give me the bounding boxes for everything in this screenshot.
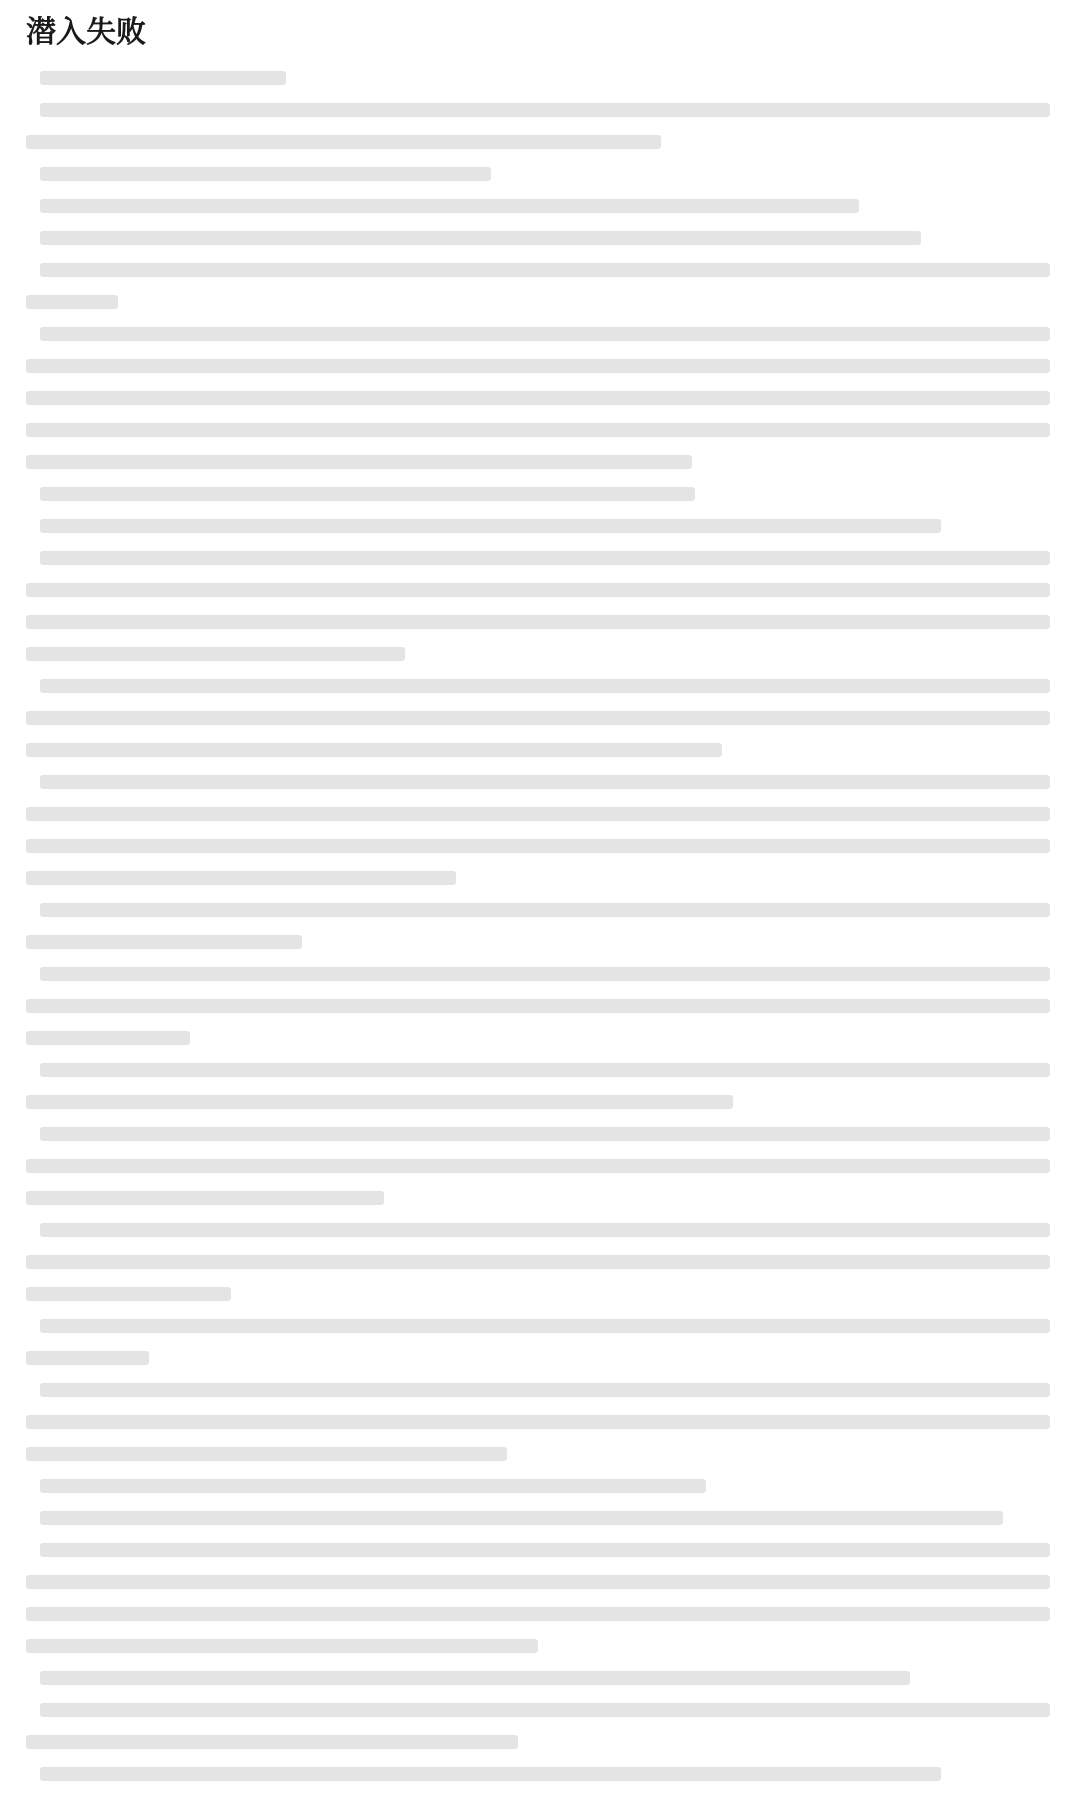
paragraph bbox=[26, 510, 1050, 542]
paragraph bbox=[26, 318, 1050, 478]
text-placeholder bbox=[26, 1415, 1050, 1429]
paragraph bbox=[26, 1118, 1050, 1214]
text-placeholder bbox=[40, 231, 921, 245]
text-placeholder bbox=[26, 135, 661, 149]
text-placeholder bbox=[40, 1383, 1050, 1397]
text-line bbox=[26, 1118, 1050, 1150]
document-page: 潜入失败 bbox=[0, 0, 1076, 1790]
text-line bbox=[26, 158, 1050, 190]
text-placeholder bbox=[40, 71, 286, 85]
paragraph bbox=[26, 1758, 1050, 1790]
text-placeholder bbox=[26, 1447, 507, 1461]
paragraph bbox=[26, 1534, 1050, 1662]
document-title: 潜入失败 bbox=[26, 10, 1050, 56]
paragraph bbox=[26, 1694, 1050, 1758]
text-placeholder bbox=[40, 967, 1050, 981]
text-placeholder bbox=[40, 1223, 1050, 1237]
paragraph bbox=[26, 1502, 1050, 1534]
text-placeholder bbox=[26, 1639, 538, 1653]
text-placeholder bbox=[26, 807, 1050, 821]
text-placeholder bbox=[40, 487, 695, 501]
text-placeholder bbox=[26, 1095, 733, 1109]
text-placeholder bbox=[26, 391, 1050, 405]
document-body bbox=[26, 62, 1050, 1790]
text-placeholder bbox=[26, 1287, 231, 1301]
text-placeholder bbox=[26, 1607, 1050, 1621]
text-line bbox=[26, 1662, 1050, 1694]
paragraph bbox=[26, 222, 1050, 254]
text-placeholder bbox=[26, 583, 1050, 597]
text-placeholder bbox=[40, 1319, 1050, 1333]
text-line bbox=[26, 382, 1050, 414]
text-placeholder bbox=[40, 1703, 1050, 1717]
text-line bbox=[26, 1630, 1050, 1662]
text-line bbox=[26, 1086, 1050, 1118]
text-line bbox=[26, 1534, 1050, 1566]
text-line bbox=[26, 990, 1050, 1022]
paragraph bbox=[26, 190, 1050, 222]
paragraph bbox=[26, 1054, 1050, 1118]
text-line bbox=[26, 830, 1050, 862]
text-line bbox=[26, 894, 1050, 926]
text-placeholder bbox=[26, 1031, 190, 1045]
paragraph bbox=[26, 1470, 1050, 1502]
text-placeholder bbox=[26, 1159, 1050, 1173]
text-placeholder bbox=[26, 1351, 149, 1365]
text-placeholder bbox=[40, 167, 491, 181]
text-placeholder bbox=[40, 327, 1050, 341]
text-line bbox=[26, 638, 1050, 670]
text-placeholder bbox=[40, 903, 1050, 917]
text-line bbox=[26, 766, 1050, 798]
text-placeholder bbox=[26, 359, 1050, 373]
text-placeholder bbox=[40, 679, 1050, 693]
text-line bbox=[26, 1054, 1050, 1086]
text-placeholder bbox=[40, 551, 1050, 565]
text-line bbox=[26, 1406, 1050, 1438]
text-line bbox=[26, 190, 1050, 222]
text-placeholder bbox=[40, 1671, 910, 1685]
text-line bbox=[26, 1214, 1050, 1246]
text-line bbox=[26, 1758, 1050, 1790]
text-line bbox=[26, 574, 1050, 606]
text-line bbox=[26, 318, 1050, 350]
text-line bbox=[26, 1566, 1050, 1598]
text-placeholder bbox=[26, 423, 1050, 437]
text-placeholder bbox=[26, 871, 456, 885]
text-placeholder bbox=[40, 263, 1050, 277]
text-placeholder bbox=[26, 935, 302, 949]
text-line bbox=[26, 1598, 1050, 1630]
paragraph bbox=[26, 94, 1050, 158]
text-line bbox=[26, 62, 1050, 94]
text-line bbox=[26, 478, 1050, 510]
text-placeholder bbox=[26, 1575, 1050, 1589]
text-placeholder bbox=[40, 1063, 1050, 1077]
text-placeholder bbox=[40, 1127, 1050, 1141]
text-placeholder bbox=[40, 1511, 1003, 1525]
text-placeholder bbox=[26, 999, 1050, 1013]
text-line bbox=[26, 1022, 1050, 1054]
text-line bbox=[26, 734, 1050, 766]
paragraph bbox=[26, 766, 1050, 894]
text-placeholder bbox=[26, 1735, 518, 1749]
text-line bbox=[26, 1502, 1050, 1534]
text-line bbox=[26, 1310, 1050, 1342]
paragraph bbox=[26, 542, 1050, 670]
text-line bbox=[26, 510, 1050, 542]
text-line bbox=[26, 606, 1050, 638]
text-line bbox=[26, 286, 1050, 318]
text-line bbox=[26, 1726, 1050, 1758]
text-placeholder bbox=[26, 615, 1050, 629]
paragraph bbox=[26, 254, 1050, 318]
text-placeholder bbox=[40, 1543, 1050, 1557]
text-line bbox=[26, 798, 1050, 830]
text-placeholder bbox=[26, 647, 405, 661]
text-line bbox=[26, 1694, 1050, 1726]
text-line bbox=[26, 1374, 1050, 1406]
text-placeholder bbox=[40, 775, 1050, 789]
text-placeholder bbox=[26, 1255, 1050, 1269]
text-line bbox=[26, 446, 1050, 478]
paragraph bbox=[26, 1310, 1050, 1374]
text-line bbox=[26, 1182, 1050, 1214]
text-placeholder bbox=[40, 199, 859, 213]
text-placeholder bbox=[40, 519, 941, 533]
text-line bbox=[26, 350, 1050, 382]
paragraph bbox=[26, 1662, 1050, 1694]
text-line bbox=[26, 670, 1050, 702]
text-line bbox=[26, 1438, 1050, 1470]
text-line bbox=[26, 126, 1050, 158]
paragraph bbox=[26, 478, 1050, 510]
text-placeholder bbox=[26, 295, 118, 309]
text-line bbox=[26, 1470, 1050, 1502]
paragraph bbox=[26, 958, 1050, 1054]
text-placeholder bbox=[26, 743, 722, 757]
text-placeholder bbox=[26, 711, 1050, 725]
text-line bbox=[26, 1278, 1050, 1310]
text-line bbox=[26, 94, 1050, 126]
text-line bbox=[26, 862, 1050, 894]
text-placeholder bbox=[26, 839, 1050, 853]
paragraph bbox=[26, 670, 1050, 766]
text-line bbox=[26, 414, 1050, 446]
text-placeholder bbox=[40, 103, 1050, 117]
paragraph bbox=[26, 1374, 1050, 1470]
text-placeholder bbox=[26, 455, 692, 469]
text-line bbox=[26, 1342, 1050, 1374]
text-line bbox=[26, 1246, 1050, 1278]
paragraph bbox=[26, 894, 1050, 958]
text-line bbox=[26, 958, 1050, 990]
paragraph bbox=[26, 158, 1050, 190]
paragraph bbox=[26, 1214, 1050, 1310]
text-placeholder bbox=[40, 1479, 706, 1493]
text-line bbox=[26, 254, 1050, 286]
text-placeholder bbox=[40, 1767, 941, 1781]
paragraph bbox=[26, 62, 1050, 94]
text-placeholder bbox=[26, 1191, 384, 1205]
text-line bbox=[26, 926, 1050, 958]
text-line bbox=[26, 1150, 1050, 1182]
text-line bbox=[26, 542, 1050, 574]
text-line bbox=[26, 222, 1050, 254]
text-line bbox=[26, 702, 1050, 734]
